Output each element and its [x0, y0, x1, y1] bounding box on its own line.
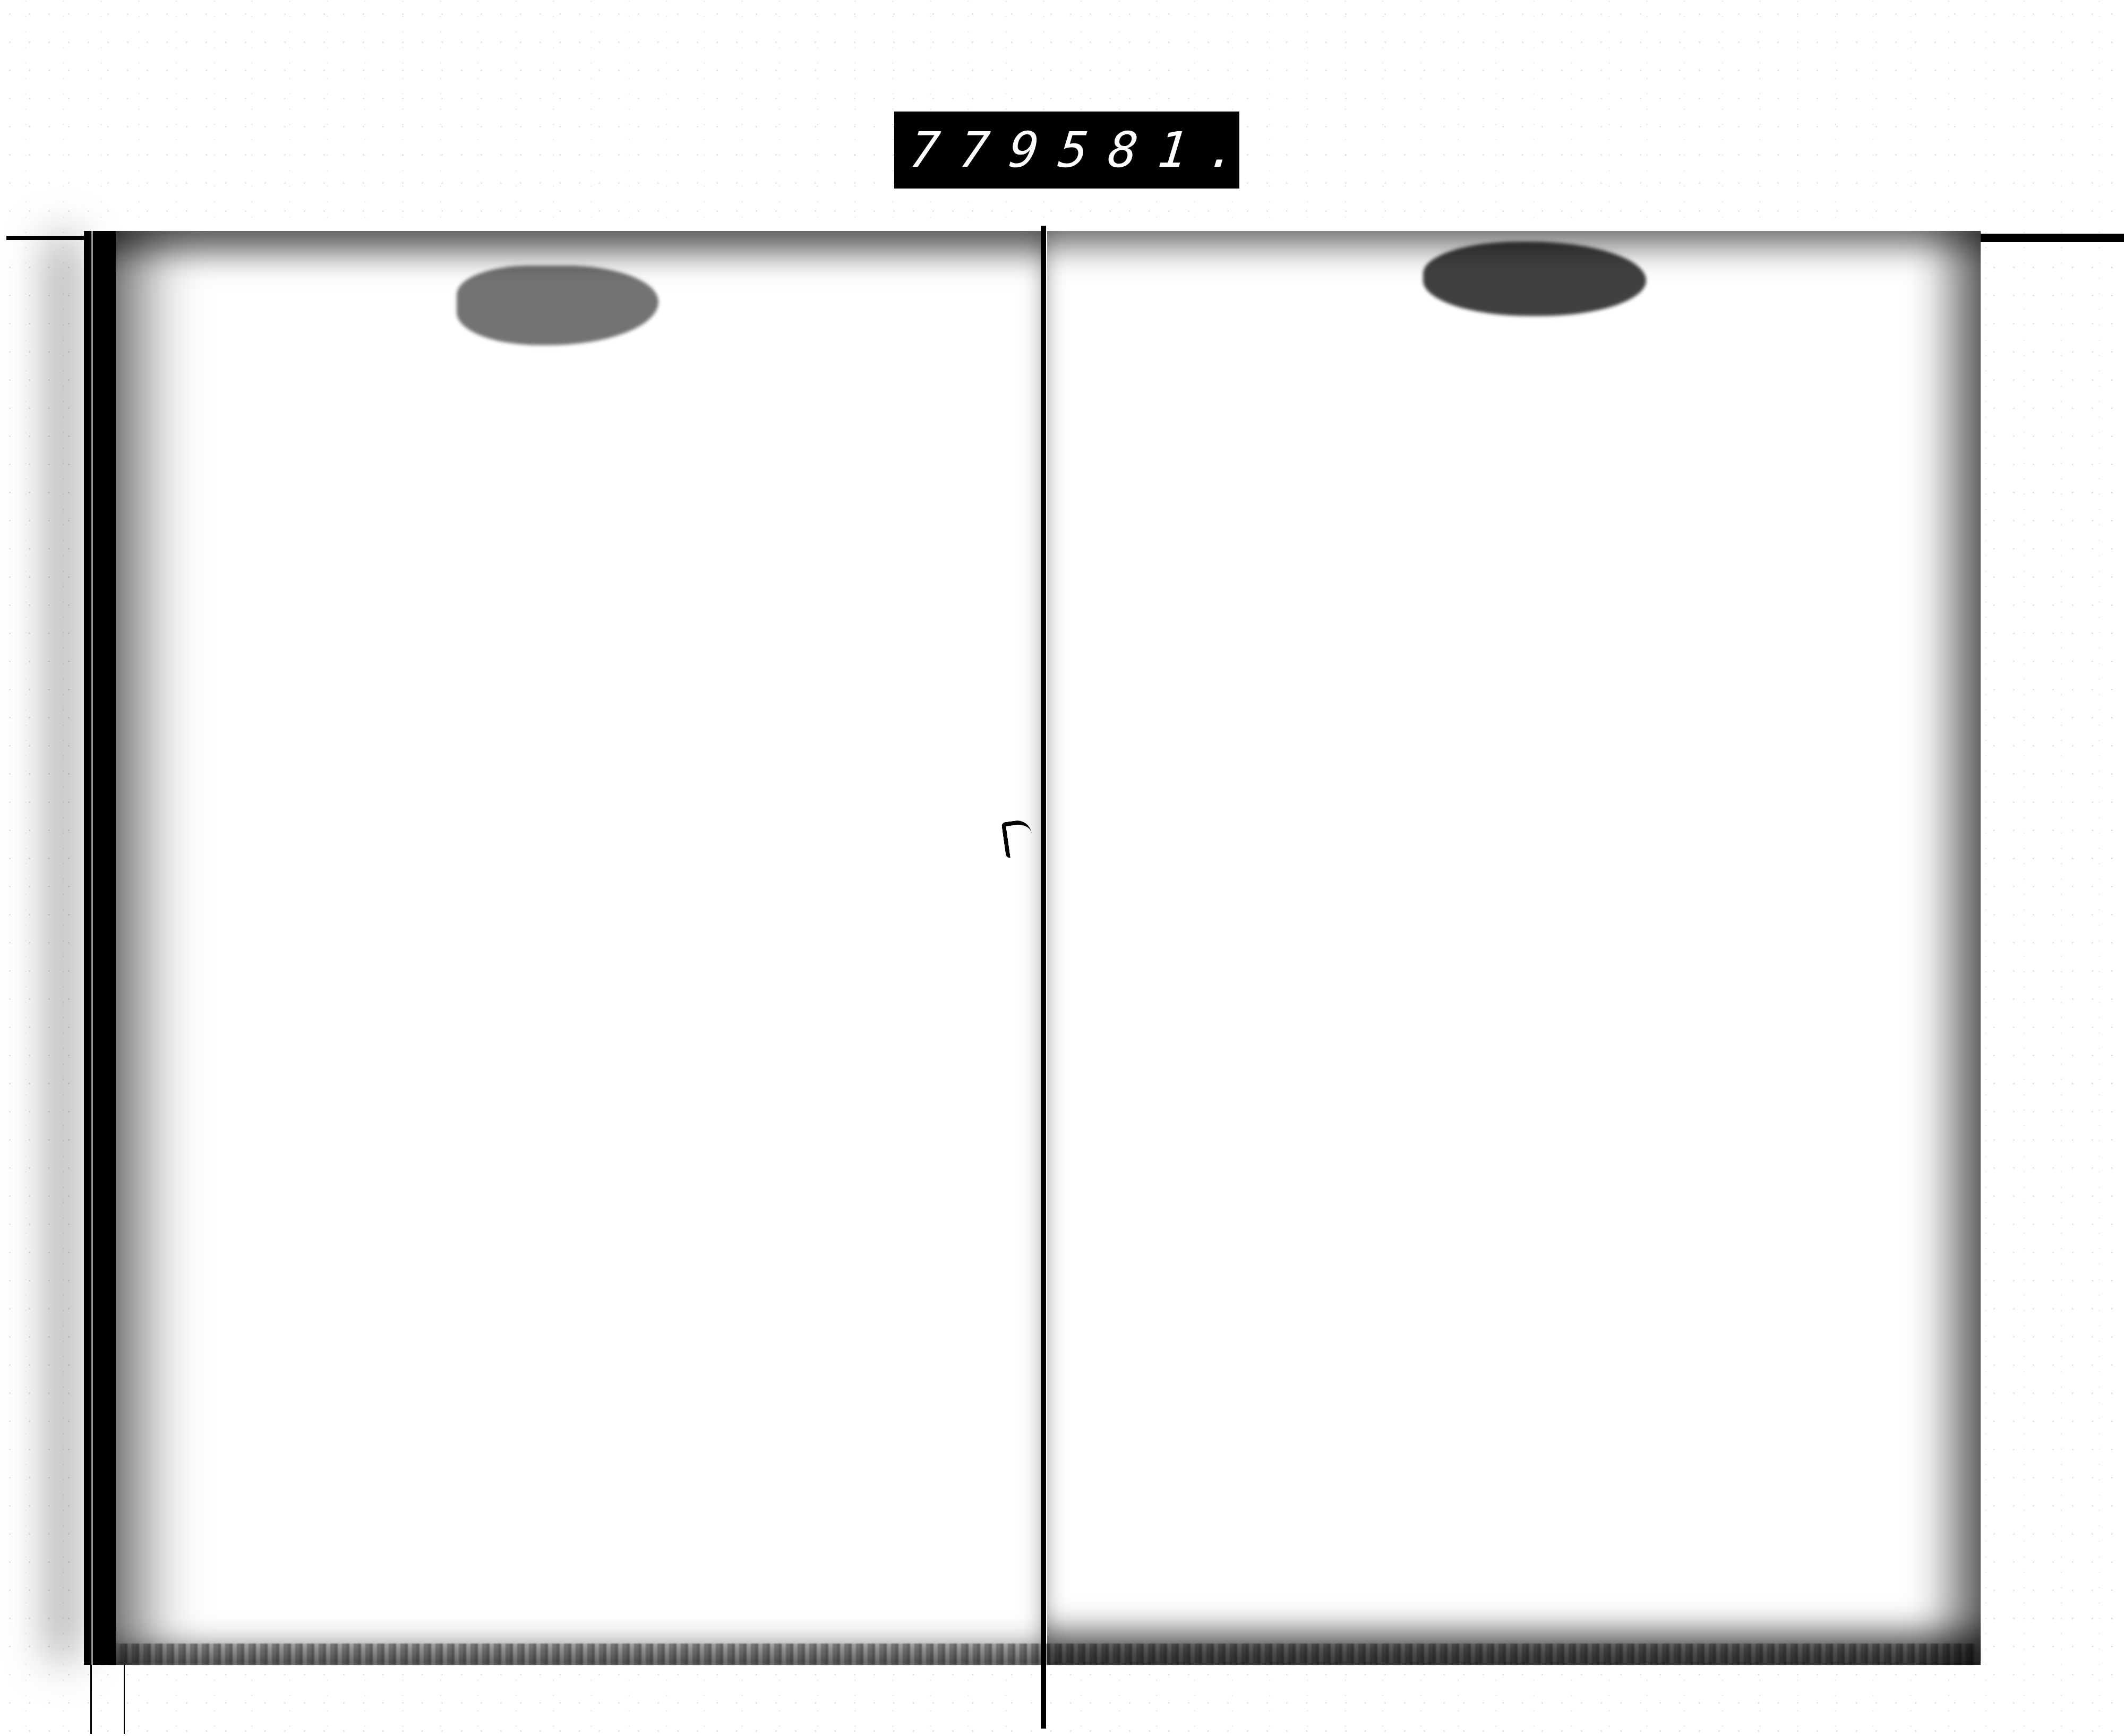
accession-number-right: 581. — [1056, 126, 1260, 175]
accession-number-left: 779 — [907, 126, 1061, 175]
center-gutter — [1041, 226, 1046, 1729]
left-page — [85, 231, 1041, 1665]
book-edge-left — [84, 231, 116, 1665]
accession-label: 779 581. — [894, 112, 1239, 189]
ink-stain-left — [457, 266, 658, 345]
page-stack-edges — [90, 1665, 125, 1734]
right-page — [1047, 231, 1981, 1665]
ink-stain-right — [1423, 242, 1646, 316]
bottom-worn-edge — [101, 1644, 1975, 1665]
book-spread — [85, 231, 1981, 1665]
